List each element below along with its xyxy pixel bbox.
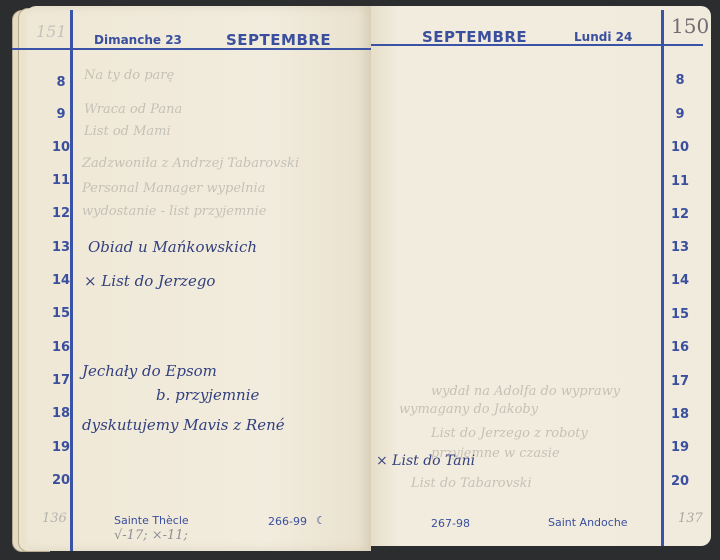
hour-label: 19 <box>46 440 76 455</box>
left-page: 151 Dimanche 23 SEPTEMBRE 8 9 10 11 12 1… <box>26 6 371 551</box>
left-page-number-bottom: 136 <box>42 511 67 526</box>
right-margin-rule <box>661 10 664 546</box>
hour-label: 10 <box>665 140 695 155</box>
diary-entry: × List do Tani <box>376 453 475 469</box>
hour-label: 14 <box>46 273 76 288</box>
diary-entry: Obiad u Mańkowskich <box>88 238 257 256</box>
bleed-through-text: Personal Manager wypelnia <box>82 181 265 196</box>
hour-label: 17 <box>665 374 695 389</box>
bleed-through-text: Wraca od Pana <box>84 102 182 117</box>
hour-label: 15 <box>665 307 695 322</box>
bleed-through-text: List od Mami <box>84 124 171 139</box>
day-count: 267-98 <box>431 517 470 530</box>
hour-label: 15 <box>46 306 76 321</box>
hour-label: 12 <box>665 207 695 222</box>
saint-of-day: Sainte Thècle <box>114 514 189 527</box>
hour-label: 8 <box>665 73 695 88</box>
hour-label: 9 <box>46 107 76 122</box>
hour-label: 12 <box>46 206 76 221</box>
bleed-through-text: wydał na Adolfa do wyprawy <box>431 384 620 399</box>
hour-label: 13 <box>665 240 695 255</box>
right-weekday-date: Lundi 24 <box>574 30 632 44</box>
diary-entry: dyskutujemy Mavis z René <box>82 416 285 434</box>
day-count: 266-99 <box>268 515 307 528</box>
diary-entry: b. przyjemnie <box>156 386 259 404</box>
hour-label: 20 <box>46 473 76 488</box>
right-header-rule <box>371 44 703 46</box>
hour-label: 9 <box>665 107 695 122</box>
pencil-tally-note: √-17; ×-11; <box>114 528 188 543</box>
hour-label: 11 <box>46 173 76 188</box>
bleed-through-text: wymagany do Jakoby <box>399 402 538 417</box>
hour-label: 11 <box>665 174 695 189</box>
hour-label: 10 <box>46 140 76 155</box>
hour-label: 14 <box>665 273 695 288</box>
hour-label: 8 <box>46 75 76 90</box>
hour-label: 16 <box>665 340 695 355</box>
moon-phase-icon: ☾ <box>316 514 326 527</box>
hour-label: 17 <box>46 373 76 388</box>
right-page-number-top: 150 <box>671 14 709 38</box>
diary-entry: Jechały do Epsom <box>82 362 217 380</box>
hour-label: 13 <box>46 240 76 255</box>
left-page-number-top: 151 <box>36 22 67 41</box>
hour-label: 18 <box>46 406 76 421</box>
right-month: SEPTEMBRE <box>422 28 527 46</box>
hour-label: 18 <box>665 407 695 422</box>
hour-label: 16 <box>46 340 76 355</box>
hour-label: 20 <box>665 474 695 489</box>
right-page: SEPTEMBRE Lundi 24 150 8 9 10 11 12 13 1… <box>371 6 711 546</box>
bleed-through-text: Zadzwoniła z Andrzej Tabarovski <box>82 156 299 171</box>
diary-entry: × List do Jerzego <box>84 272 215 290</box>
left-month: SEPTEMBRE <box>226 31 331 49</box>
bleed-through-text: List do Tabarovski <box>411 476 532 491</box>
bleed-through-text: Na ty do parę <box>84 68 174 83</box>
hour-label: 19 <box>665 440 695 455</box>
bleed-through-text: List do Jerzego z roboty <box>431 426 588 441</box>
right-page-number-bottom: 137 <box>678 511 703 526</box>
bleed-through-text: wydostanie - list przyjemnie <box>82 204 267 219</box>
saint-of-day: Saint Andoche <box>548 516 628 529</box>
left-weekday-date: Dimanche 23 <box>94 33 182 47</box>
